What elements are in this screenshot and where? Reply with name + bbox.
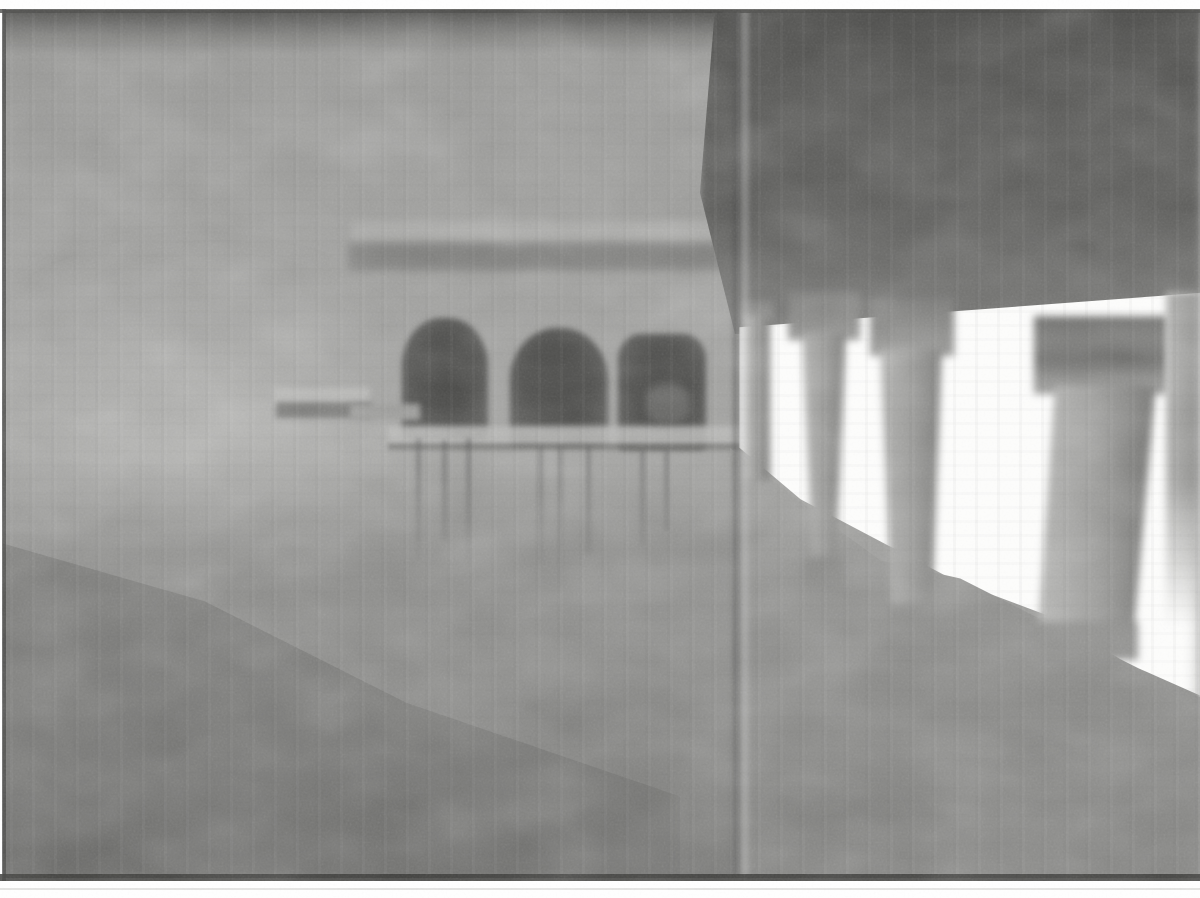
photograph xyxy=(0,0,1200,898)
photo-content xyxy=(0,0,1200,898)
photo-border-top xyxy=(0,9,1200,13)
photo-border-bottom xyxy=(0,874,1200,881)
scan-margin-line xyxy=(0,888,1200,890)
photo-border-left xyxy=(2,9,6,881)
scan-streaks-horizontal xyxy=(0,0,1200,898)
scanned-page xyxy=(0,0,1200,898)
